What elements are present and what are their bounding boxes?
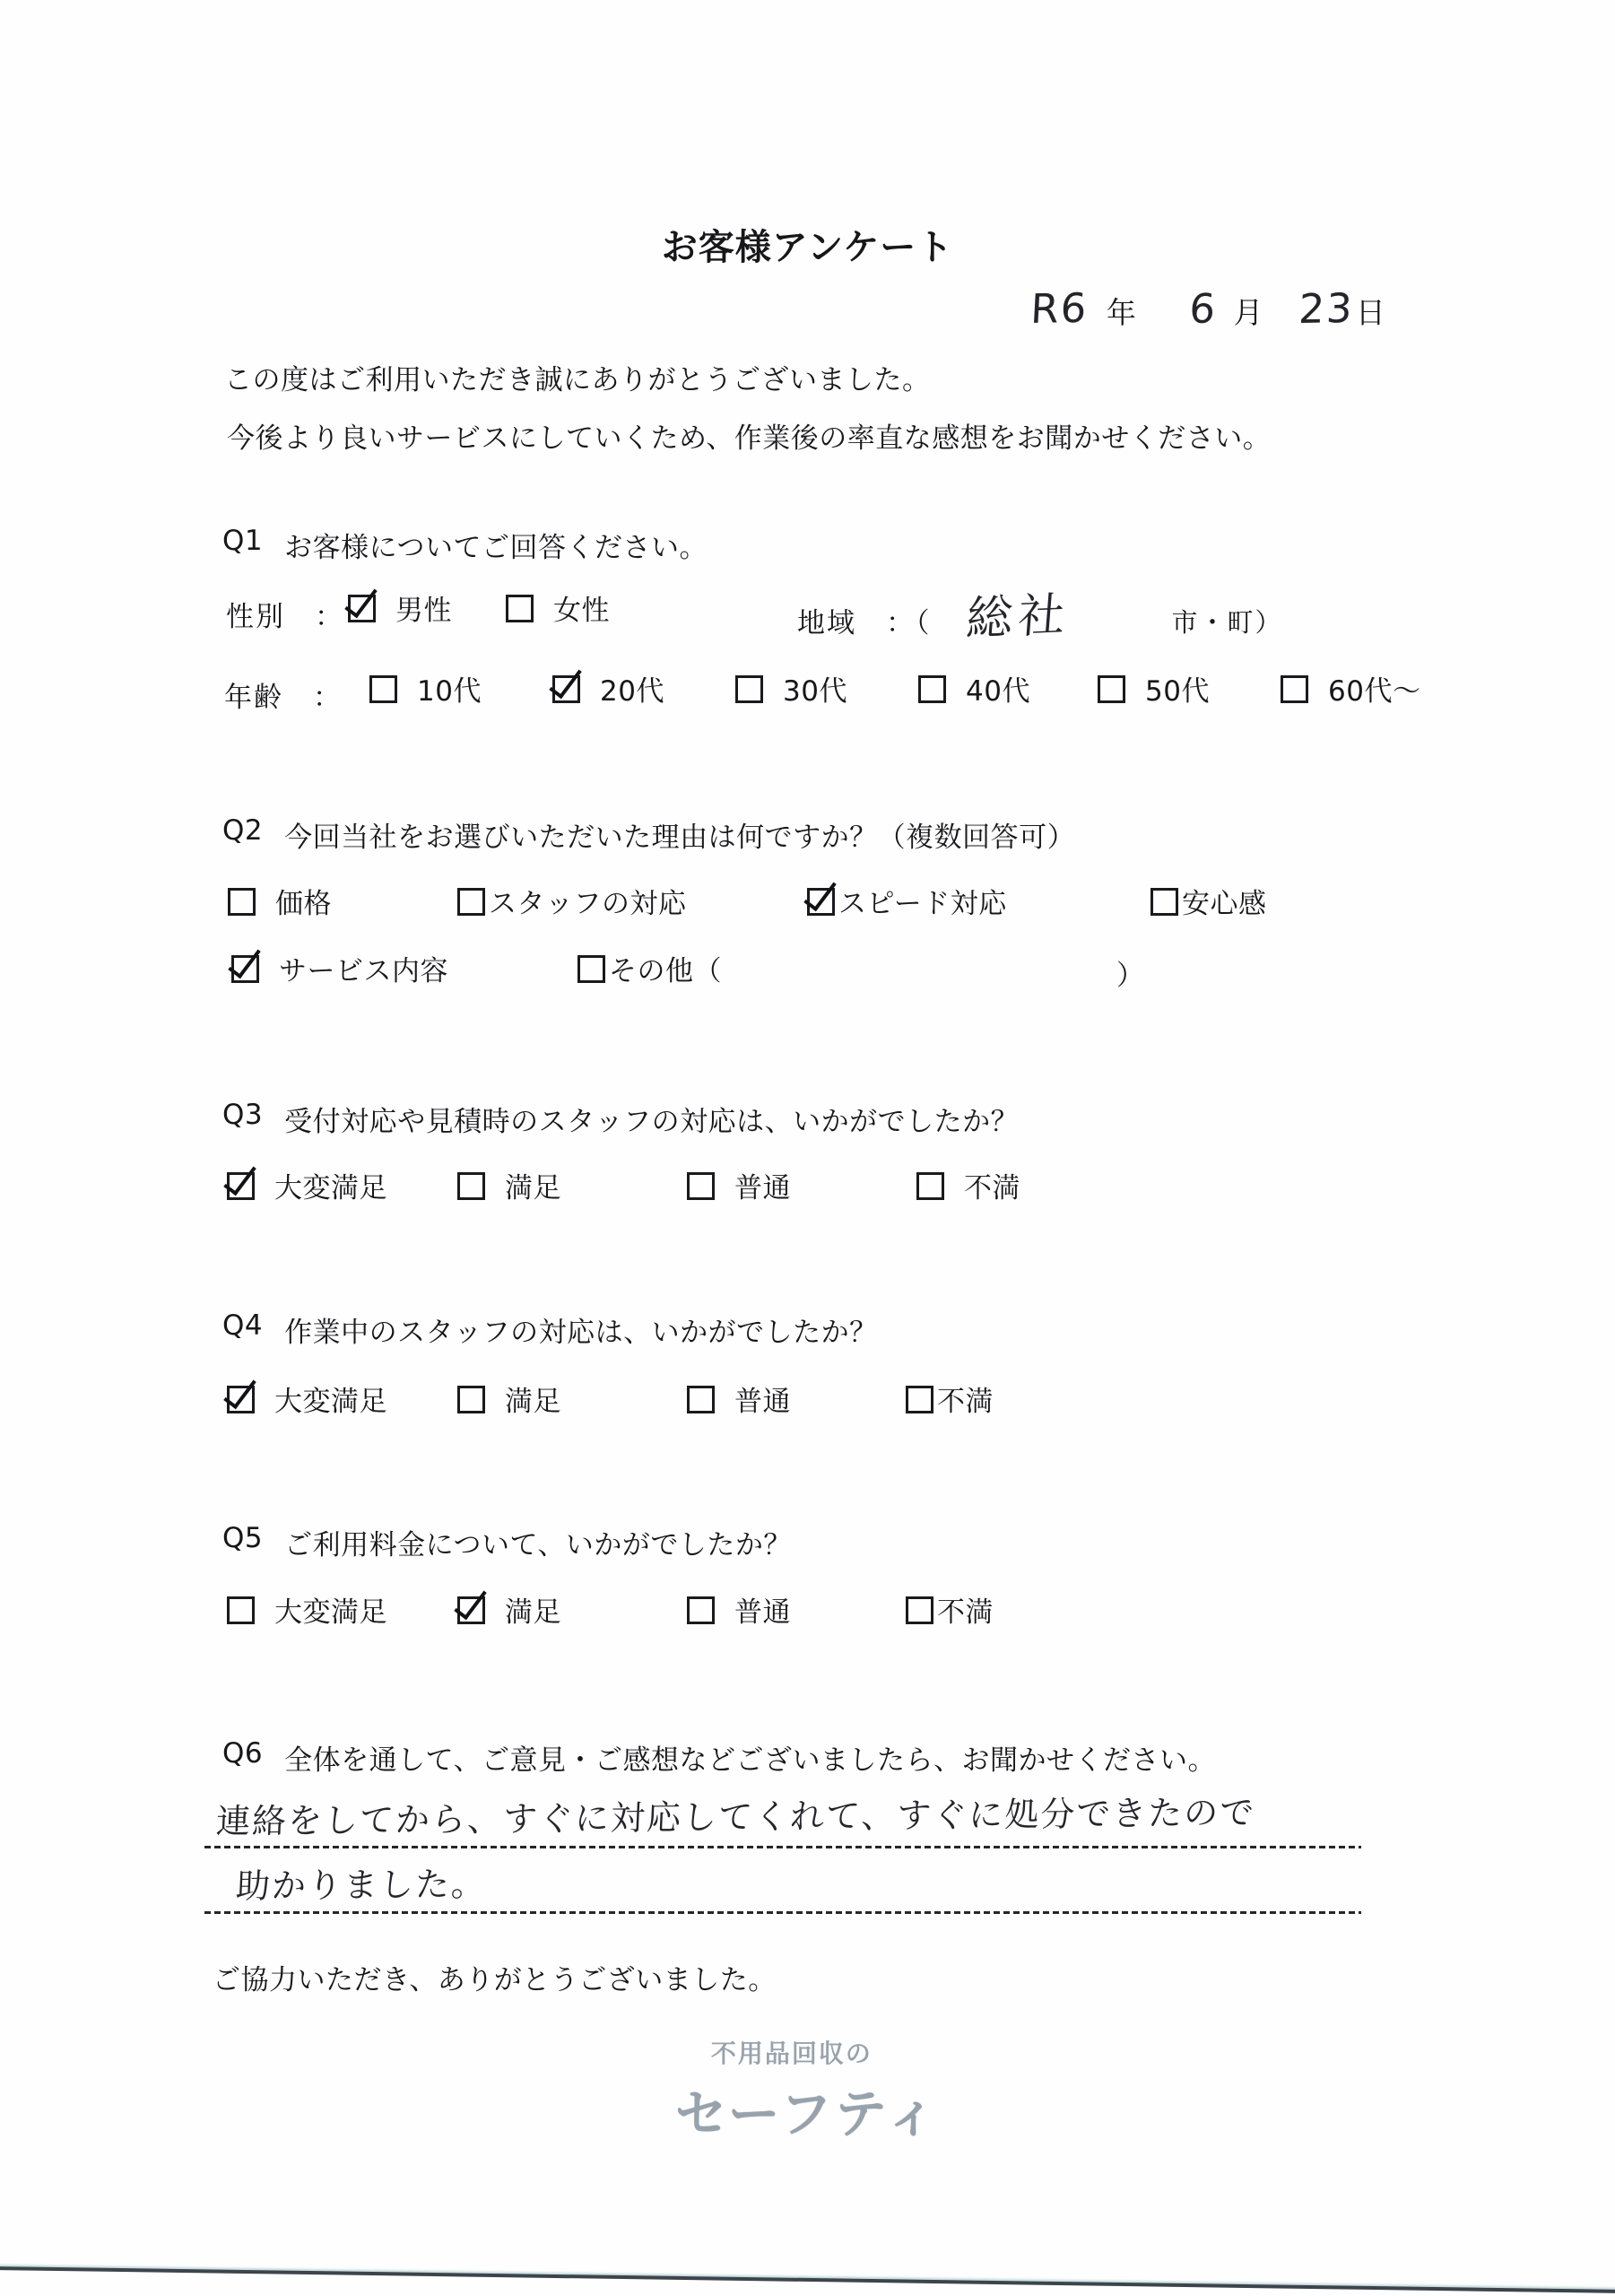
logo-name: セーフティ xyxy=(675,2072,940,2147)
option-label: 40代 xyxy=(966,668,1030,709)
option-label: 大変満足 xyxy=(274,1378,387,1419)
option-label: 10代 xyxy=(417,668,482,709)
q2-option-reassurance: 安心感 xyxy=(1150,882,1267,919)
checkbox-icon xyxy=(687,1596,715,1624)
checkbox-icon xyxy=(506,595,534,622)
check-icon xyxy=(223,1373,256,1410)
q2-option-service-content: サービス内容 xyxy=(231,949,448,987)
checkbox-icon xyxy=(916,1172,944,1200)
q4-heading: Q4 作業中のスタッフの対応は、いかがでしたか？ xyxy=(222,1309,878,1350)
q4-option-satisfied: 満足 xyxy=(457,1379,561,1417)
date-day-unit: 日 xyxy=(1356,290,1385,332)
date-day-value-handwritten: 23 xyxy=(1298,284,1355,333)
check-icon xyxy=(228,943,260,979)
checkbox-icon xyxy=(457,888,485,916)
option-label: 女性 xyxy=(553,587,610,628)
q3-heading: Q3 受付対応や見積時のスタッフの対応は、いかがでしたか？ xyxy=(222,1099,1019,1139)
checkbox-icon xyxy=(1150,888,1178,916)
checkbox-icon xyxy=(1281,675,1308,703)
closing-message: ご協力いただき、ありがとうございました。 xyxy=(213,1957,777,1997)
option-label: 男性 xyxy=(395,587,452,628)
check-icon xyxy=(803,875,836,912)
option-label: サービス内容 xyxy=(279,948,448,988)
option-label: 大変満足 xyxy=(274,1165,387,1205)
option-label: 普通 xyxy=(734,1589,791,1630)
option-label: 20代 xyxy=(600,668,664,709)
survey-date: R6 年 6 月 23 日 xyxy=(1029,285,1385,333)
checkbox-icon xyxy=(577,955,605,983)
option-label: 大変満足 xyxy=(274,1589,387,1630)
option-label: 普通 xyxy=(734,1165,791,1205)
option-label: 安心感 xyxy=(1182,881,1267,921)
checkbox-icon xyxy=(906,1386,933,1413)
q2-option-price: 価格 xyxy=(228,882,332,919)
gender-field-label: 性別 ： xyxy=(226,594,344,634)
q2-question: 今回当社をお選びいただいた理由は何ですか？（複数回答可） xyxy=(284,814,1075,855)
q5-heading: Q5 ご利用料金について、いかがでしたか？ xyxy=(222,1522,792,1562)
option-label: 30代 xyxy=(783,668,847,709)
q6-question: 全体を通して、ご意見・ご感想などございましたら、お聞かせください。 xyxy=(284,1737,1216,1778)
q5-option-dissatisfied: 不満 xyxy=(906,1590,994,1628)
q5-option-neutral: 普通 xyxy=(687,1590,791,1628)
q4-number: Q4 xyxy=(222,1309,263,1350)
option-label: 満足 xyxy=(505,1165,561,1205)
check-icon xyxy=(454,1584,486,1621)
answer-dotted-line-1 xyxy=(204,1846,1361,1848)
region-field: 地域 ：（ 総社 市・町） xyxy=(797,581,1283,648)
q2-other-close-paren: ） xyxy=(1116,952,1145,993)
checkbox-icon xyxy=(369,675,397,703)
q1-heading: Q1 お客様についてご回答ください。 xyxy=(222,525,708,565)
checkbox-icon xyxy=(457,1172,485,1200)
checkbox-icon xyxy=(228,888,256,916)
option-label: 不満 xyxy=(937,1589,994,1630)
checkbox-icon xyxy=(457,1596,485,1624)
date-month-value-handwritten: 6 xyxy=(1188,284,1218,333)
q5-option-satisfied: 満足 xyxy=(457,1590,561,1628)
checkbox-icon xyxy=(227,1596,255,1624)
gender-option-female: 女性 xyxy=(506,588,610,626)
q3-number: Q3 xyxy=(222,1099,263,1139)
q4-option-very-satisfied: 大変満足 xyxy=(227,1379,387,1417)
q2-heading: Q2 今回当社をお選びいただいた理由は何ですか？（複数回答可） xyxy=(222,814,1075,855)
scan-edge-line xyxy=(0,2266,1615,2293)
q4-question: 作業中のスタッフの対応は、いかがでしたか？ xyxy=(284,1309,878,1350)
checkbox-icon xyxy=(906,1596,933,1624)
q6-heading: Q6 全体を通して、ご意見・ご感想などございましたら、お聞かせください。 xyxy=(222,1737,1216,1778)
scanned-survey-page: お客様アンケート R6 年 6 月 23 日 この度はご利用いただき誠にありがと… xyxy=(0,0,1615,2296)
option-label: 満足 xyxy=(505,1378,561,1419)
q5-question: ご利用料金について、いかがでしたか？ xyxy=(284,1522,792,1562)
checkbox-icon xyxy=(807,888,835,916)
option-label: 普通 xyxy=(734,1378,791,1419)
option-label: 50代 xyxy=(1145,668,1210,709)
option-label: スタッフの対応 xyxy=(489,881,687,921)
option-label: 価格 xyxy=(275,881,332,921)
intro-line-1: この度はご利用いただき誠にありがとうございました。 xyxy=(224,357,931,397)
option-label: 不満 xyxy=(964,1165,1020,1205)
logo-tagline: 不用品回収の xyxy=(675,2034,940,2070)
q6-answer-line-2-handwritten: 助かりました。 xyxy=(235,1857,488,1908)
checkbox-icon xyxy=(231,955,259,983)
checkbox-icon xyxy=(227,1172,255,1200)
q2-number: Q2 xyxy=(222,814,263,855)
checkbox-icon xyxy=(1098,675,1125,703)
q3-option-neutral: 普通 xyxy=(687,1166,791,1204)
q6-answer-line-1-handwritten: 連絡をしてから、すぐに対応してくれて、すぐに処分できたので xyxy=(215,1785,1257,1843)
age-field-label: 年齢 ： xyxy=(224,674,343,715)
age-option-10s: 10代 xyxy=(369,669,482,707)
q4-option-dissatisfied: 不満 xyxy=(906,1379,994,1417)
q1-question: お客様についてご回答ください。 xyxy=(284,525,708,565)
age-option-50s: 50代 xyxy=(1098,669,1210,707)
q2-option-other: その他（ xyxy=(577,949,722,987)
check-icon xyxy=(549,663,581,700)
checkbox-icon xyxy=(735,675,763,703)
q5-option-very-satisfied: 大変満足 xyxy=(227,1590,387,1628)
date-year-value-handwritten: R6 xyxy=(1029,284,1090,333)
region-label: 地域 ：（ xyxy=(797,600,932,640)
q2-option-speed-response: スピード対応 xyxy=(807,882,1007,919)
company-logo: 不用品回収の セーフティ xyxy=(675,2034,940,2147)
region-suffix: 市・町） xyxy=(1172,603,1283,639)
q5-number: Q5 xyxy=(222,1522,263,1562)
gender-option-male: 男性 xyxy=(348,588,452,626)
checkbox-icon xyxy=(552,675,580,703)
age-option-20s: 20代 xyxy=(552,669,664,707)
q3-option-very-satisfied: 大変満足 xyxy=(227,1166,387,1204)
check-icon xyxy=(344,582,377,619)
checkbox-icon xyxy=(227,1386,255,1413)
option-label: 60代～ xyxy=(1328,668,1420,709)
page-title: お客様アンケート xyxy=(662,219,954,270)
checkbox-icon xyxy=(348,595,376,622)
age-option-40s: 40代 xyxy=(918,669,1030,707)
age-option-60s-plus: 60代～ xyxy=(1281,669,1420,707)
intro-line-2: 今後より良いサービスにしていくため、作業後の率直な感想をお聞かせください。 xyxy=(227,415,1271,456)
checkbox-icon xyxy=(687,1172,715,1200)
q3-option-satisfied: 満足 xyxy=(457,1166,561,1204)
q3-option-dissatisfied: 不満 xyxy=(916,1166,1020,1204)
age-option-30s: 30代 xyxy=(735,669,847,707)
q6-number: Q6 xyxy=(222,1737,263,1778)
q1-number: Q1 xyxy=(222,525,263,565)
option-label: その他（ xyxy=(609,948,722,988)
q2-option-staff-response: スタッフの対応 xyxy=(457,882,687,919)
checkbox-icon xyxy=(687,1386,715,1413)
option-label: スピード対応 xyxy=(838,881,1007,921)
date-year-unit: 年 xyxy=(1107,290,1136,332)
checkbox-icon xyxy=(457,1386,485,1413)
option-label: 満足 xyxy=(505,1589,561,1630)
q4-option-neutral: 普通 xyxy=(687,1379,791,1417)
date-month-unit: 月 xyxy=(1234,290,1263,332)
option-label: 不満 xyxy=(937,1378,994,1419)
region-value-handwritten: 総社 xyxy=(964,577,1073,648)
check-icon xyxy=(223,1160,256,1196)
q3-question: 受付対応や見積時のスタッフの対応は、いかがでしたか？ xyxy=(284,1099,1019,1139)
checkbox-icon xyxy=(918,675,946,703)
answer-dotted-line-2 xyxy=(204,1911,1361,1914)
